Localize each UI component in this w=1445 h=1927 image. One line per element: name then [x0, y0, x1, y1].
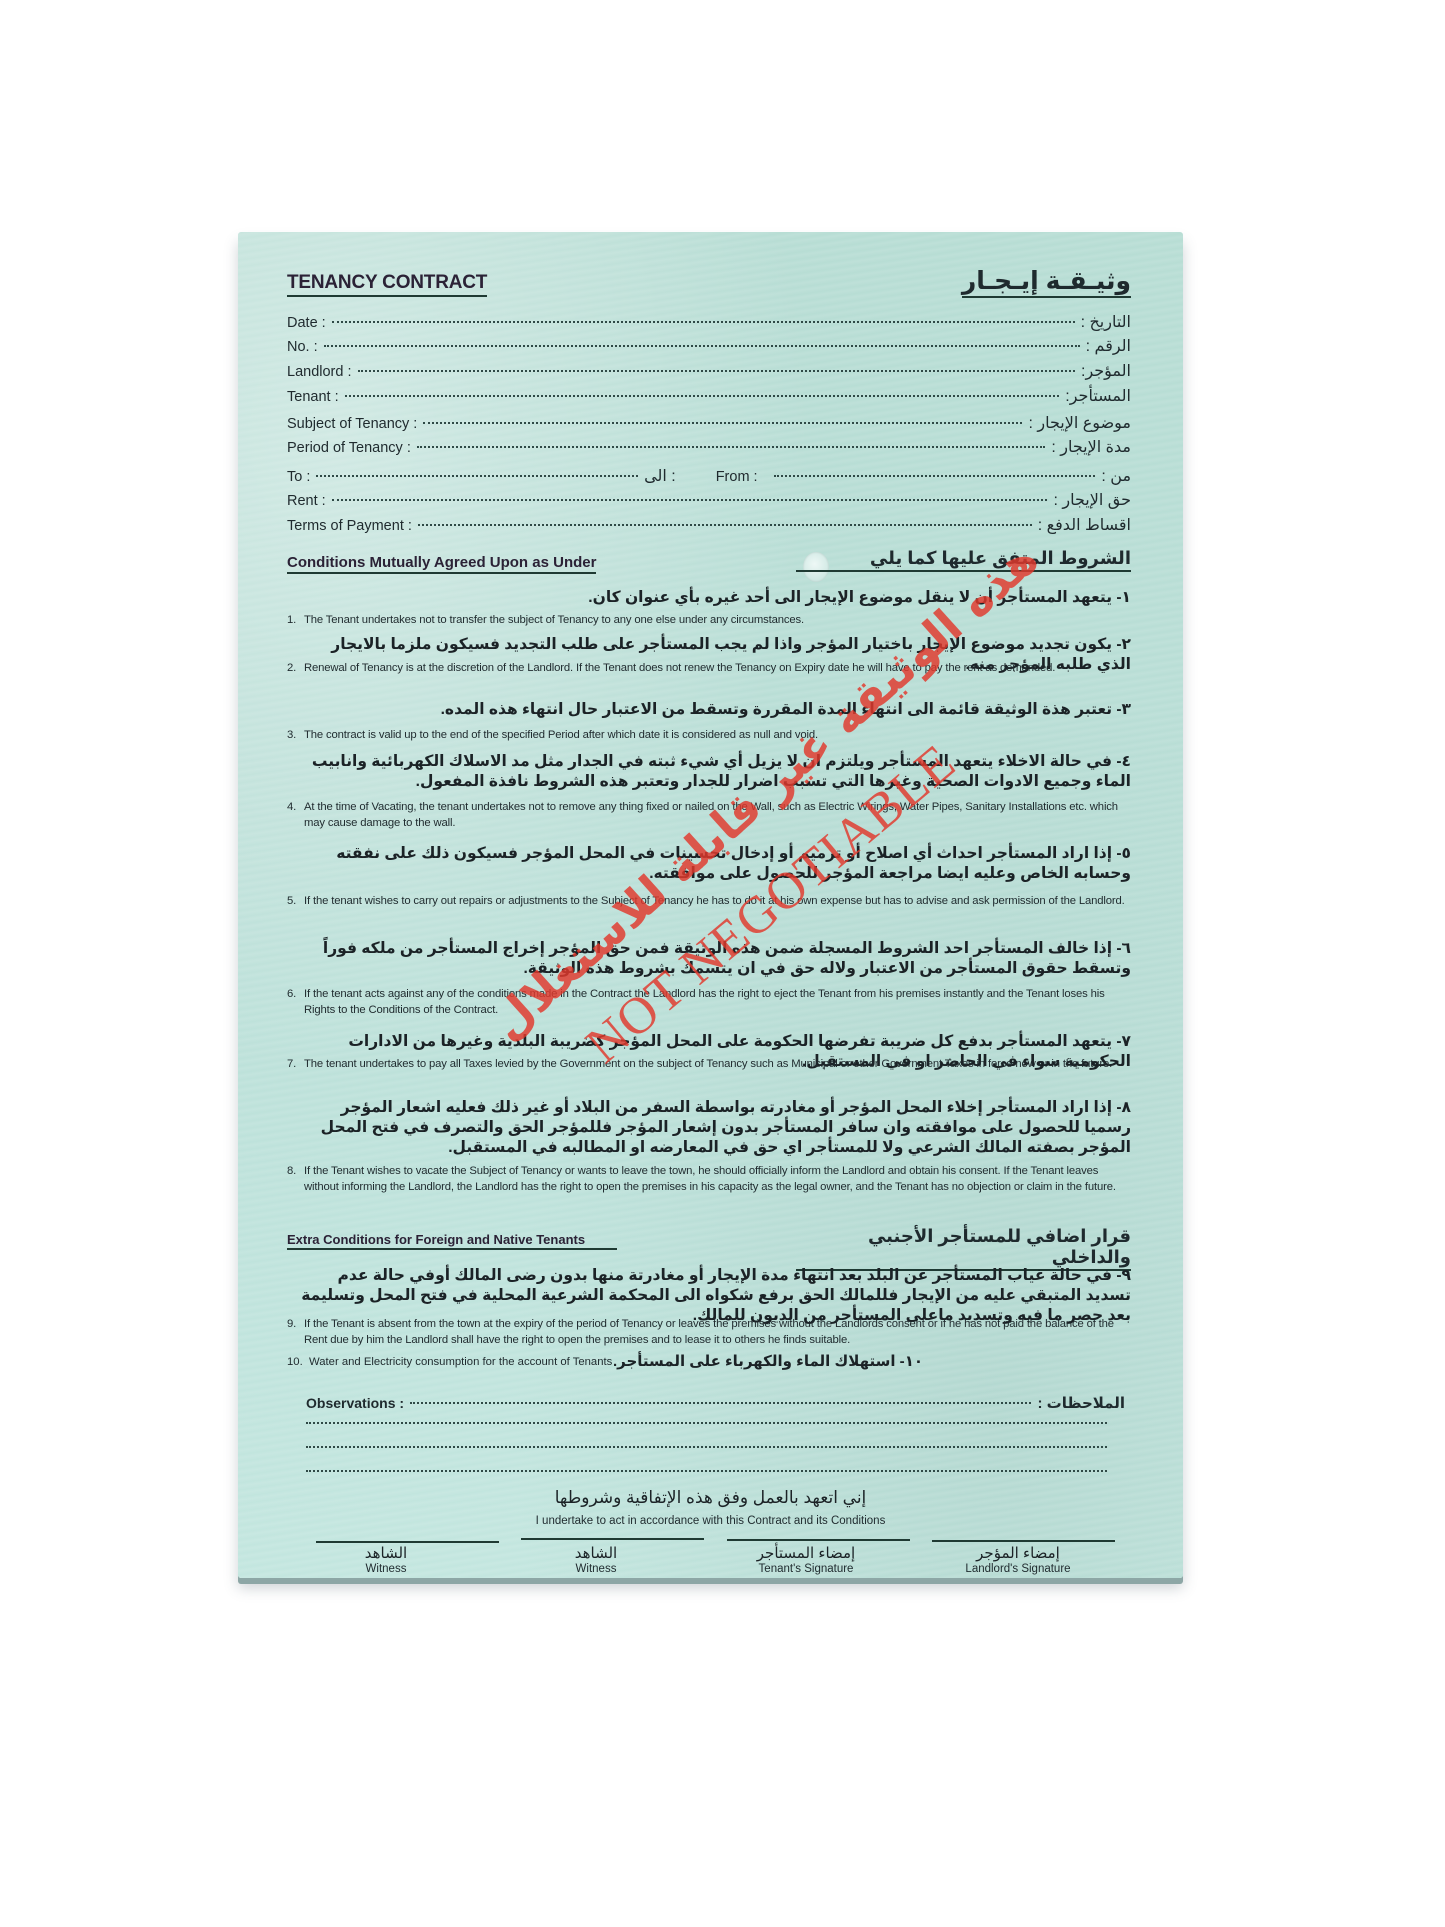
field-label-en: No. :: [287, 339, 318, 355]
fill-in-line-from[interactable]: [774, 475, 1096, 477]
clause-8-ar: ٨- إذا اراد المستأجر إخلاء المحل المؤجر …: [298, 1098, 1131, 1158]
clause-text: Water and Electricity consumption for th…: [309, 1356, 612, 1368]
tenant-signature-label: إمضاء المستأجر Tenant's Signature: [726, 1544, 886, 1575]
field-label-ar: حق الإيجار :: [1053, 490, 1131, 510]
clause-number: 3.: [287, 728, 304, 744]
clause-number: 1.: [287, 613, 304, 629]
observations-label-ar: الملاحظات :: [1037, 1394, 1125, 1412]
sig-label-en: Landlord's Signature: [938, 1563, 1098, 1575]
clause-5-en: 5.If the tenant wishes to carry out repa…: [287, 894, 1127, 910]
tenant-signature-line[interactable]: [727, 1539, 910, 1541]
fill-in-line[interactable]: [332, 321, 1075, 323]
clause-1-en: 1.The Tenant undertakes not to transfer …: [287, 613, 1127, 629]
field-label-en: Subject of Tenancy :: [287, 416, 417, 432]
field-label-from-ar: من :: [1101, 466, 1131, 486]
field-label-en: Rent :: [287, 493, 326, 509]
field-label-ar: التاريخ :: [1081, 312, 1131, 332]
field-label-en: Tenant :: [287, 389, 339, 405]
clause-10-ar: ١٠- استهلاك الماء والكهرباء على المستأجر…: [613, 1352, 923, 1370]
conditions-heading-en: Conditions Mutually Agreed Upon as Under: [287, 554, 596, 574]
clause-10-en: 10. Water and Electricity consumption fo…: [287, 1356, 612, 1368]
field-label-from: From :: [716, 469, 758, 485]
clause-number: 7.: [287, 1057, 304, 1073]
title-arabic: وثيـقـة إيـجـار: [962, 266, 1131, 298]
tenancy-contract-form: TENANCY CONTRACT وثيـقـة إيـجـار Date : …: [238, 232, 1183, 1578]
sig-label-ar: إمضاء المستأجر: [726, 1544, 886, 1562]
witness-2-signature-line[interactable]: [521, 1538, 704, 1540]
field-period-of-tenancy[interactable]: Period of Tenancy : مدة الإيجار :: [287, 437, 1131, 459]
fill-in-line[interactable]: [332, 499, 1048, 501]
clause-number: 4.: [287, 800, 304, 816]
observations-line-3[interactable]: [306, 1446, 1107, 1448]
field-date[interactable]: Date : التاريخ :: [287, 312, 1131, 334]
field-label-en: Terms of Payment :: [287, 518, 412, 534]
clause-4-ar: ٤- في حالة الاخلاء يتعهد المستأجر ويلتزم…: [298, 752, 1131, 792]
fill-in-line[interactable]: [358, 370, 1076, 372]
clause-text: If the Tenant is absent from the town at…: [304, 1318, 1114, 1346]
clause-text: If the Tenant wishes to vacate the Subje…: [304, 1165, 1116, 1193]
landlord-signature-line[interactable]: [932, 1540, 1115, 1542]
clause-number: 8.: [287, 1164, 304, 1180]
fill-in-line[interactable]: [324, 345, 1080, 347]
clause-2-en: 2.Renewal of Tenancy is at the discretio…: [287, 661, 1127, 677]
clause-9-en: 9.If the Tenant is absent from the town …: [287, 1317, 1127, 1348]
fill-in-line[interactable]: [417, 446, 1045, 448]
field-landlord[interactable]: Landlord : المؤجر:: [287, 361, 1131, 383]
field-terms-of-payment[interactable]: Terms of Payment : اقساط الدفع :: [287, 515, 1131, 537]
field-number[interactable]: No. : الرقم :: [287, 336, 1131, 358]
extra-conditions-heading-ar: قرار اضافي للمستأجر الأجنبي والداخلي: [796, 1226, 1131, 1271]
fill-in-line[interactable]: [418, 524, 1032, 526]
sig-label-en: Witness: [516, 1563, 676, 1575]
sig-label-ar: الشاهد: [306, 1544, 466, 1562]
field-rent[interactable]: Rent : حق الإيجار :: [287, 490, 1131, 512]
clause-number: 6.: [287, 987, 304, 1003]
clause-3-en: 3.The contract is valid up to the end of…: [287, 728, 1127, 744]
field-label-en: Period of Tenancy :: [287, 440, 411, 456]
witness-1-signature-line[interactable]: [316, 1541, 499, 1543]
sig-label-ar: الشاهد: [516, 1544, 676, 1562]
landlord-signature-label: إمضاء المؤجر Landlord's Signature: [938, 1544, 1098, 1575]
observations-field[interactable]: Observations : الملاحظات :: [306, 1394, 1125, 1412]
undertaking-ar: إني اتعهد بالعمل وفق هذه الإتفاقية وشروط…: [238, 1488, 1183, 1508]
field-label-ar: مدة الإيجار :: [1051, 437, 1131, 457]
clause-text: The tenant undertakes to pay all Taxes l…: [304, 1058, 1112, 1070]
fill-in-line[interactable]: [423, 422, 1022, 424]
clause-3-ar: ٣- تعتبر هذة الوثيقة قائمة الى انتهاء ال…: [298, 700, 1131, 720]
field-label-en: Landlord :: [287, 364, 352, 380]
extra-conditions-heading-en: Extra Conditions for Foreign and Native …: [287, 1232, 617, 1250]
clause-number: 10.: [287, 1356, 303, 1368]
field-label-ar: المؤجر:: [1081, 361, 1131, 381]
field-label-ar: الرقم :: [1086, 336, 1131, 356]
title-english: TENANCY CONTRACT: [287, 272, 487, 297]
witness-2-label: الشاهد Witness: [516, 1544, 676, 1575]
field-label-ar: موضوع الإيجار :: [1028, 413, 1131, 433]
clause-number: 5.: [287, 894, 304, 910]
sig-label-ar: إمضاء المؤجر: [938, 1544, 1098, 1562]
conditions-heading-ar: الشروط المتفق عليها كما يلي: [796, 548, 1131, 572]
observations-label-en: Observations :: [306, 1395, 404, 1411]
field-label-to-ar: : الى: [644, 466, 676, 486]
observations-line-2[interactable]: [306, 1422, 1107, 1424]
observations-line-4[interactable]: [306, 1470, 1107, 1472]
field-subject-of-tenancy[interactable]: Subject of Tenancy : موضوع الإيجار :: [287, 413, 1131, 435]
clause-text: The contract is valid up to the end of t…: [304, 729, 818, 741]
fill-in-line-to[interactable]: [316, 475, 638, 477]
observations-line[interactable]: [410, 1402, 1031, 1404]
field-label-ar: اقساط الدفع :: [1038, 515, 1131, 535]
clause-8-en: 8.If the Tenant wishes to vacate the Sub…: [287, 1164, 1127, 1195]
sig-label-en: Witness: [306, 1563, 466, 1575]
field-label-en: Date :: [287, 315, 326, 331]
clause-7-en: 7.The tenant undertakes to pay all Taxes…: [287, 1057, 1127, 1073]
field-tenant[interactable]: Tenant : المستأجر:: [287, 386, 1131, 408]
clause-text: If the tenant wishes to carry out repair…: [304, 895, 1125, 907]
fill-in-line[interactable]: [345, 395, 1060, 397]
field-to-from[interactable]: To : : الى From : من :: [287, 466, 1131, 488]
clause-number: 2.: [287, 661, 304, 677]
witness-1-label: الشاهد Witness: [306, 1544, 466, 1575]
sig-label-en: Tenant's Signature: [726, 1563, 886, 1575]
clause-text: The Tenant undertakes not to transfer th…: [304, 614, 804, 626]
undertaking-en: I undertake to act in accordance with th…: [238, 1515, 1183, 1527]
field-label-to: To :: [287, 469, 310, 485]
field-label-ar: المستأجر:: [1065, 386, 1131, 406]
clause-number: 9.: [287, 1317, 304, 1333]
